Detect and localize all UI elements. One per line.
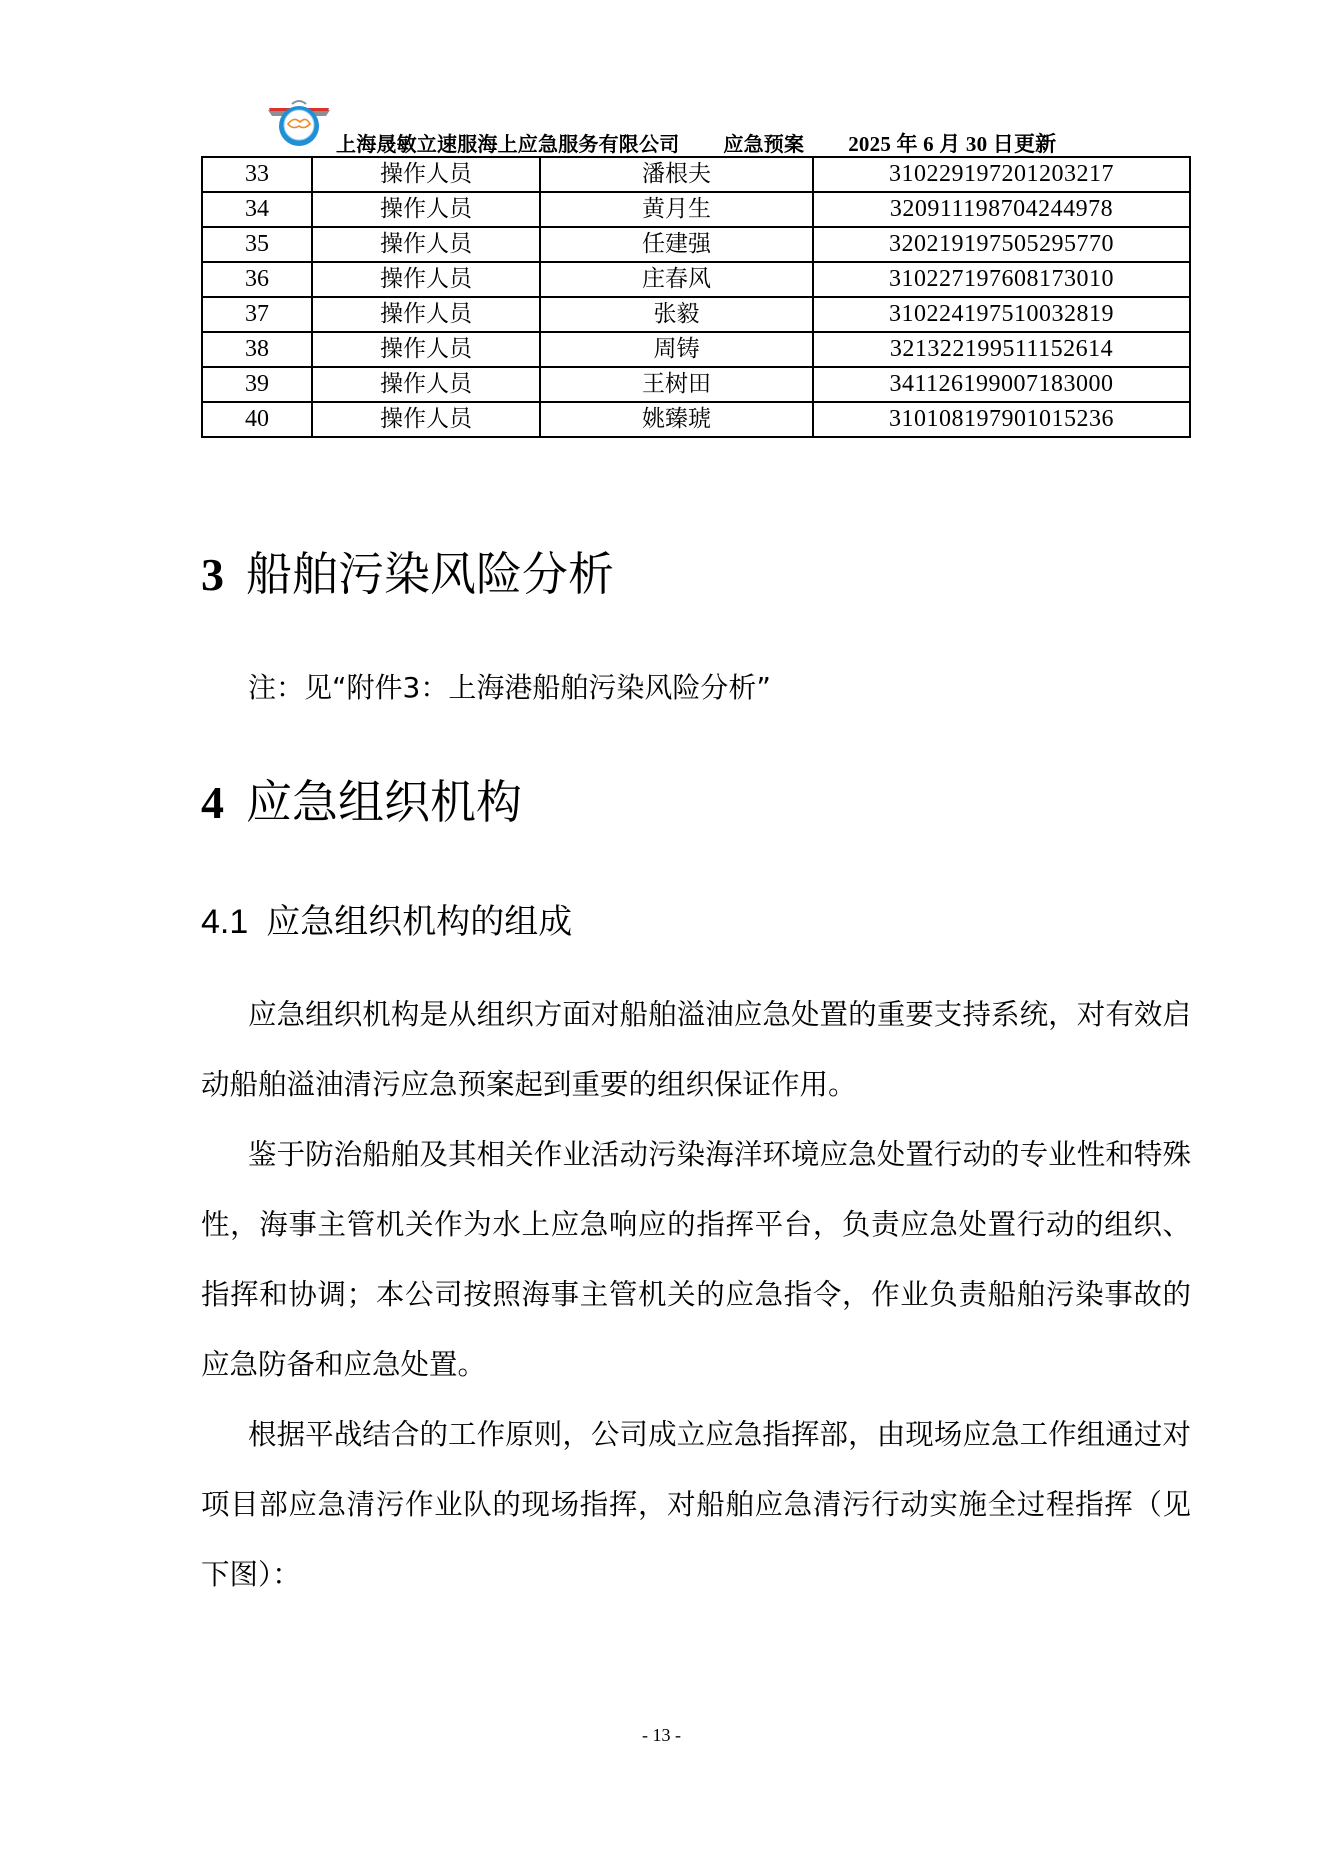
table-row: 34操作人员黄月生320911198704244978	[202, 192, 1190, 227]
id-number-cell: 310224197510032819	[813, 297, 1190, 332]
id-number-cell: 310108197901015236	[813, 402, 1190, 437]
subsection-4-1-heading: 4.1应急组织机构的组成	[201, 894, 572, 943]
section-title: 船舶污染风险分析	[246, 547, 614, 601]
role-cell: 操作人员	[312, 262, 540, 297]
name-cell: 王树田	[540, 367, 813, 402]
row-number-cell: 40	[202, 402, 312, 437]
row-number-cell: 39	[202, 367, 312, 402]
row-number-cell: 35	[202, 227, 312, 262]
section-number: 4	[201, 777, 224, 828]
table-row: 38操作人员周铸321322199511152614	[202, 332, 1190, 367]
row-number-cell: 38	[202, 332, 312, 367]
id-number-cell: 320911198704244978	[813, 192, 1190, 227]
page-number: - 13 -	[0, 1725, 1323, 1746]
page-header: 上海晟敏立速服海上应急服务有限公司应急预案2025 年 6 月 30 日更新	[266, 96, 1196, 156]
role-cell: 操作人员	[312, 332, 540, 367]
paragraph: 应急组织机构是从组织方面对船舶溢油应急处置的重要支持系统，对有效启动船舶溢油清污…	[201, 980, 1191, 1120]
table-row: 36操作人员庄春风310227197608173010	[202, 262, 1190, 297]
document-type: 应急预案	[723, 132, 804, 156]
id-number-cell: 321322199511152614	[813, 332, 1190, 367]
name-cell: 张毅	[540, 297, 813, 332]
table-row: 39操作人员王树田341126199007183000	[202, 367, 1190, 402]
table-row: 33操作人员潘根夫310229197201203217	[202, 157, 1190, 192]
section-4-heading: 4应急组织机构	[201, 766, 522, 832]
id-number-cell: 320219197505295770	[813, 227, 1190, 262]
table-row: 35操作人员任建强320219197505295770	[202, 227, 1190, 262]
section-title: 应急组织机构	[246, 775, 522, 829]
table-row: 40操作人员姚臻琥310108197901015236	[202, 402, 1190, 437]
section-3-note: 注：见“附件3：上海港船舶污染风险分析”	[248, 666, 771, 706]
staff-table: 33操作人员潘根夫31022919720120321734操作人员黄月生3209…	[201, 156, 1191, 438]
section-number: 3	[201, 549, 224, 600]
update-date: 2025 年 6 月 30 日更新	[848, 132, 1056, 156]
row-number-cell: 36	[202, 262, 312, 297]
company-logo-icon	[266, 96, 332, 154]
role-cell: 操作人员	[312, 227, 540, 262]
company-name: 上海晟敏立速服海上应急服务有限公司	[336, 132, 679, 156]
name-cell: 任建强	[540, 227, 813, 262]
id-number-cell: 310227197608173010	[813, 262, 1190, 297]
section-3-heading: 3船舶污染风险分析	[201, 538, 614, 604]
table-row: 37操作人员张毅310224197510032819	[202, 297, 1190, 332]
row-number-cell: 33	[202, 157, 312, 192]
name-cell: 周铸	[540, 332, 813, 367]
header-text: 上海晟敏立速服海上应急服务有限公司应急预案2025 年 6 月 30 日更新	[336, 128, 1056, 158]
role-cell: 操作人员	[312, 192, 540, 227]
name-cell: 黄月生	[540, 192, 813, 227]
subsection-number: 4.1	[201, 903, 248, 941]
name-cell: 庄春风	[540, 262, 813, 297]
role-cell: 操作人员	[312, 157, 540, 192]
role-cell: 操作人员	[312, 367, 540, 402]
row-number-cell: 34	[202, 192, 312, 227]
paragraph: 根据平战结合的工作原则，公司成立应急指挥部，由现场应急工作组通过对项目部应急清污…	[201, 1400, 1191, 1610]
id-number-cell: 341126199007183000	[813, 367, 1190, 402]
role-cell: 操作人员	[312, 402, 540, 437]
role-cell: 操作人员	[312, 297, 540, 332]
id-number-cell: 310229197201203217	[813, 157, 1190, 192]
name-cell: 姚臻琥	[540, 402, 813, 437]
paragraph: 鉴于防治船舶及其相关作业活动污染海洋环境应急处置行动的专业性和特殊性，海事主管机…	[201, 1120, 1191, 1400]
row-number-cell: 37	[202, 297, 312, 332]
subsection-title: 应急组织机构的组成	[266, 902, 572, 942]
name-cell: 潘根夫	[540, 157, 813, 192]
